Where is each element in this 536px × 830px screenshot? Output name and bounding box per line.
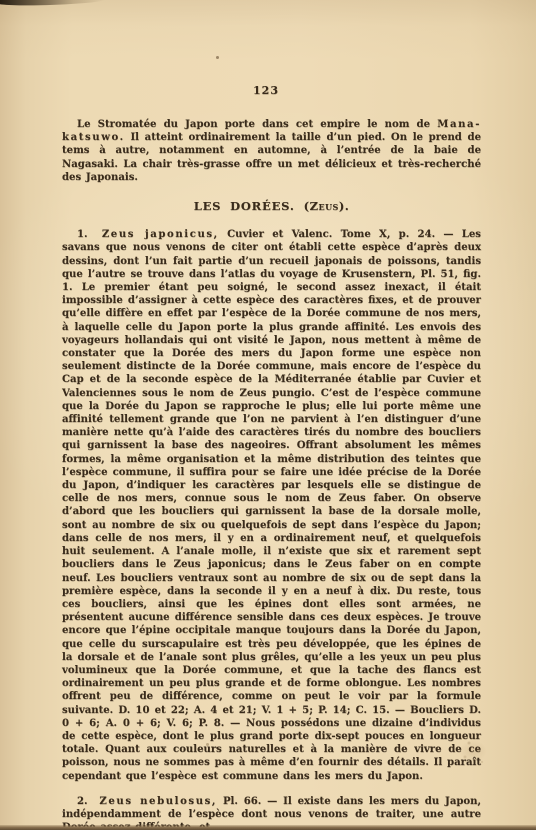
scan-bottom-edge <box>0 825 536 830</box>
paper-speck <box>326 316 328 318</box>
entry-1-text: Cuvier et Valenc. Tome X, p. 24. — Les s… <box>62 229 481 781</box>
paper-speck <box>206 743 209 746</box>
entry-1-number: 1. <box>77 229 88 240</box>
scan-corner-smudge <box>0 0 106 6</box>
species-name-zeus-nebulosus: Zeus nebulosus, <box>99 796 217 807</box>
section-genus-label: (Zeus). <box>304 199 350 213</box>
intro-lead: Le Stromatée du Japon porte dans cet emp… <box>77 119 430 130</box>
page-content: Le Stromatée du Japon porte dans cet emp… <box>62 104 481 830</box>
intro-rest: Il atteint ordinairement la taille d’un … <box>62 132 481 183</box>
section-heading: LES DORÉES.(Zeus). <box>62 200 481 213</box>
section-title: LES DORÉES. <box>194 199 295 213</box>
paper-speck <box>216 56 219 59</box>
species-entry-1: 1. Zeus japonicus, Cuvier et Valenc. Tom… <box>62 228 481 783</box>
species-name-zeus-japonicus: Zeus japonicus, <box>102 229 219 240</box>
intro-paragraph: Le Stromatée du Japon porte dans cet emp… <box>62 118 481 184</box>
scanned-book-page: 123 Le Stromatée du Japon porte dans cet… <box>0 0 536 830</box>
paper-stain <box>455 733 497 771</box>
entry-2-number: 2. <box>77 796 88 807</box>
page-number: 123 <box>0 84 532 97</box>
